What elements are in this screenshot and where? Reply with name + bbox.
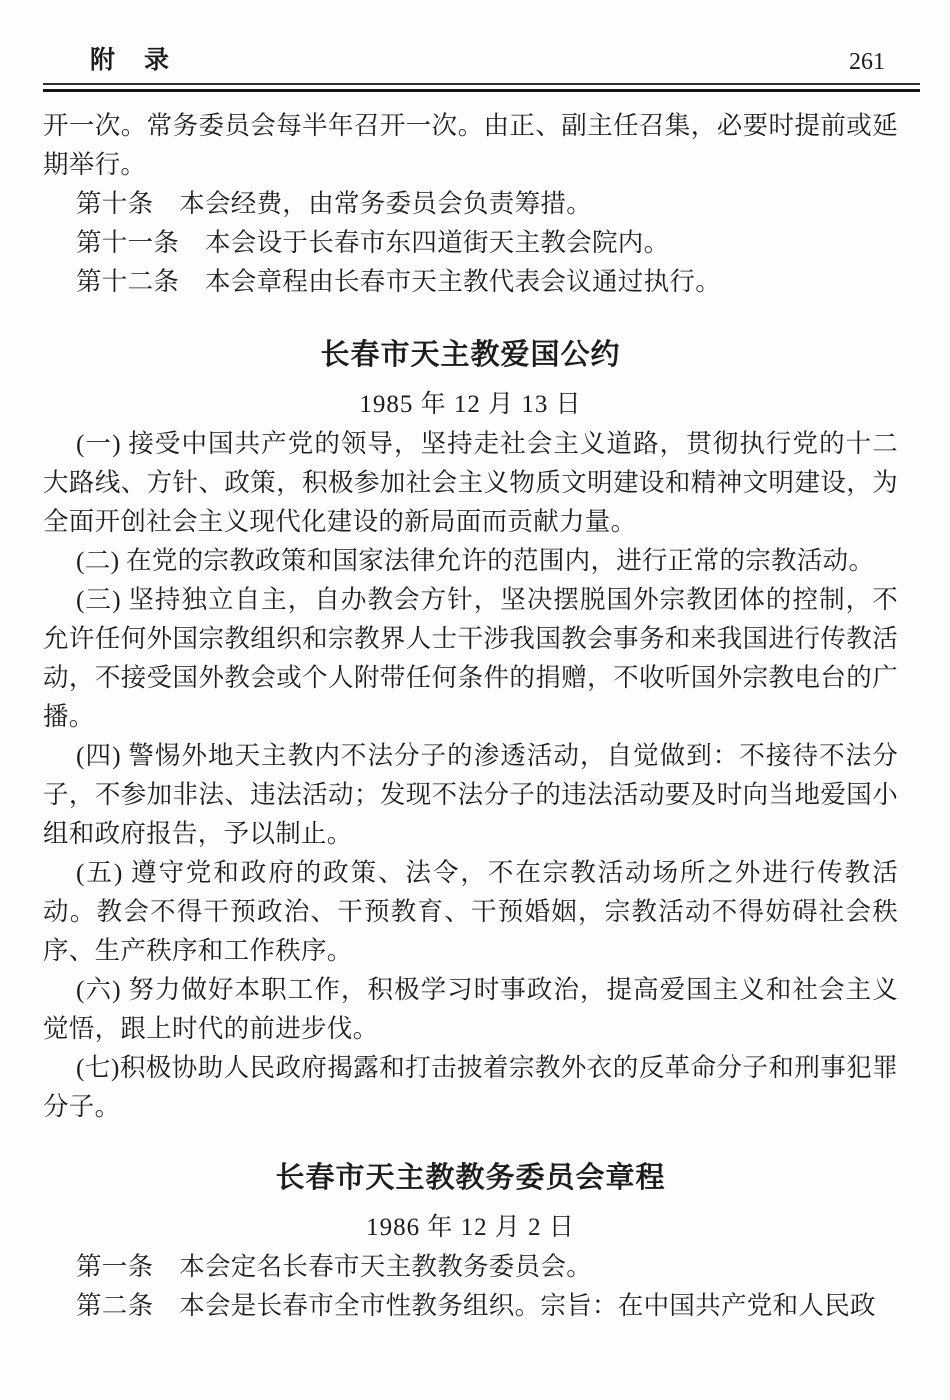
charter-article-2: 第二条 本会是长春市全市性教务组织。宗旨：在中国共产党和人民政 — [43, 1286, 898, 1325]
pact-item-6: (六) 努力做好本职工作，积极学习时事政治，提高爱国主义和社会主义觉悟，跟上时代… — [43, 970, 898, 1048]
pact-item-3: (三) 坚持独立自主，自办教会方针，坚决摆脱国外宗教团体的控制，不允许任何外国宗… — [43, 580, 898, 736]
pact-item-4: (四) 警惕外地天主教内不法分子的渗透活动，自觉做到：不接待不法分子，不参加非法… — [43, 736, 898, 853]
pact-item-5: (五) 遵守党和政府的政策、法令，不在宗教活动场所之外进行传教活动。教会不得干预… — [43, 853, 898, 970]
running-title: 附 录 — [90, 46, 171, 76]
article-11: 第十一条 本会设于长春市东四道街天主教会院内。 — [43, 223, 898, 262]
pact-item-1: (一) 接受中国共产党的领导，坚持走社会主义道路，贯彻执行党的十二大路线、方针、… — [43, 424, 898, 541]
header-rule — [43, 83, 920, 92]
page-header: 附 录 261 — [43, 42, 920, 76]
pact-item-7: (七)积极协助人民政府揭露和打击披着宗教外衣的反革命分子和刑事犯罪分子。 — [43, 1048, 898, 1126]
page-number: 261 — [849, 48, 885, 76]
book-page: 附 录 261 开一次。常务委员会每半年召开一次。由正、副主任召集，必要时提前或… — [0, 0, 950, 1400]
section-date-1985: 1985 年 12 月 13 日 — [43, 385, 898, 424]
article-10: 第十条 本会经费，由常务委员会负责筹措。 — [43, 184, 898, 223]
charter-article-1: 第一条 本会定名长春市天主教教务委员会。 — [43, 1247, 898, 1286]
section-date-1986: 1986 年 12 月 2 日 — [43, 1208, 898, 1247]
pact-item-2: (二) 在党的宗教政策和国家法律允许的范围内，进行正常的宗教活动。 — [43, 541, 898, 580]
article-12: 第十二条 本会章程由长春市天主教代表会议通过执行。 — [43, 262, 898, 301]
section-heading-affairs-committee: 长春市天主教教务委员会章程 — [43, 1156, 898, 1200]
section-heading-patriotic-pact: 长春市天主教爱国公约 — [43, 333, 898, 377]
document-body: 开一次。常务委员会每半年召开一次。由正、副主任召集，必要时提前或延期举行。 第十… — [43, 106, 898, 1325]
paragraph-continuation: 开一次。常务委员会每半年召开一次。由正、副主任召集，必要时提前或延期举行。 — [43, 106, 898, 184]
